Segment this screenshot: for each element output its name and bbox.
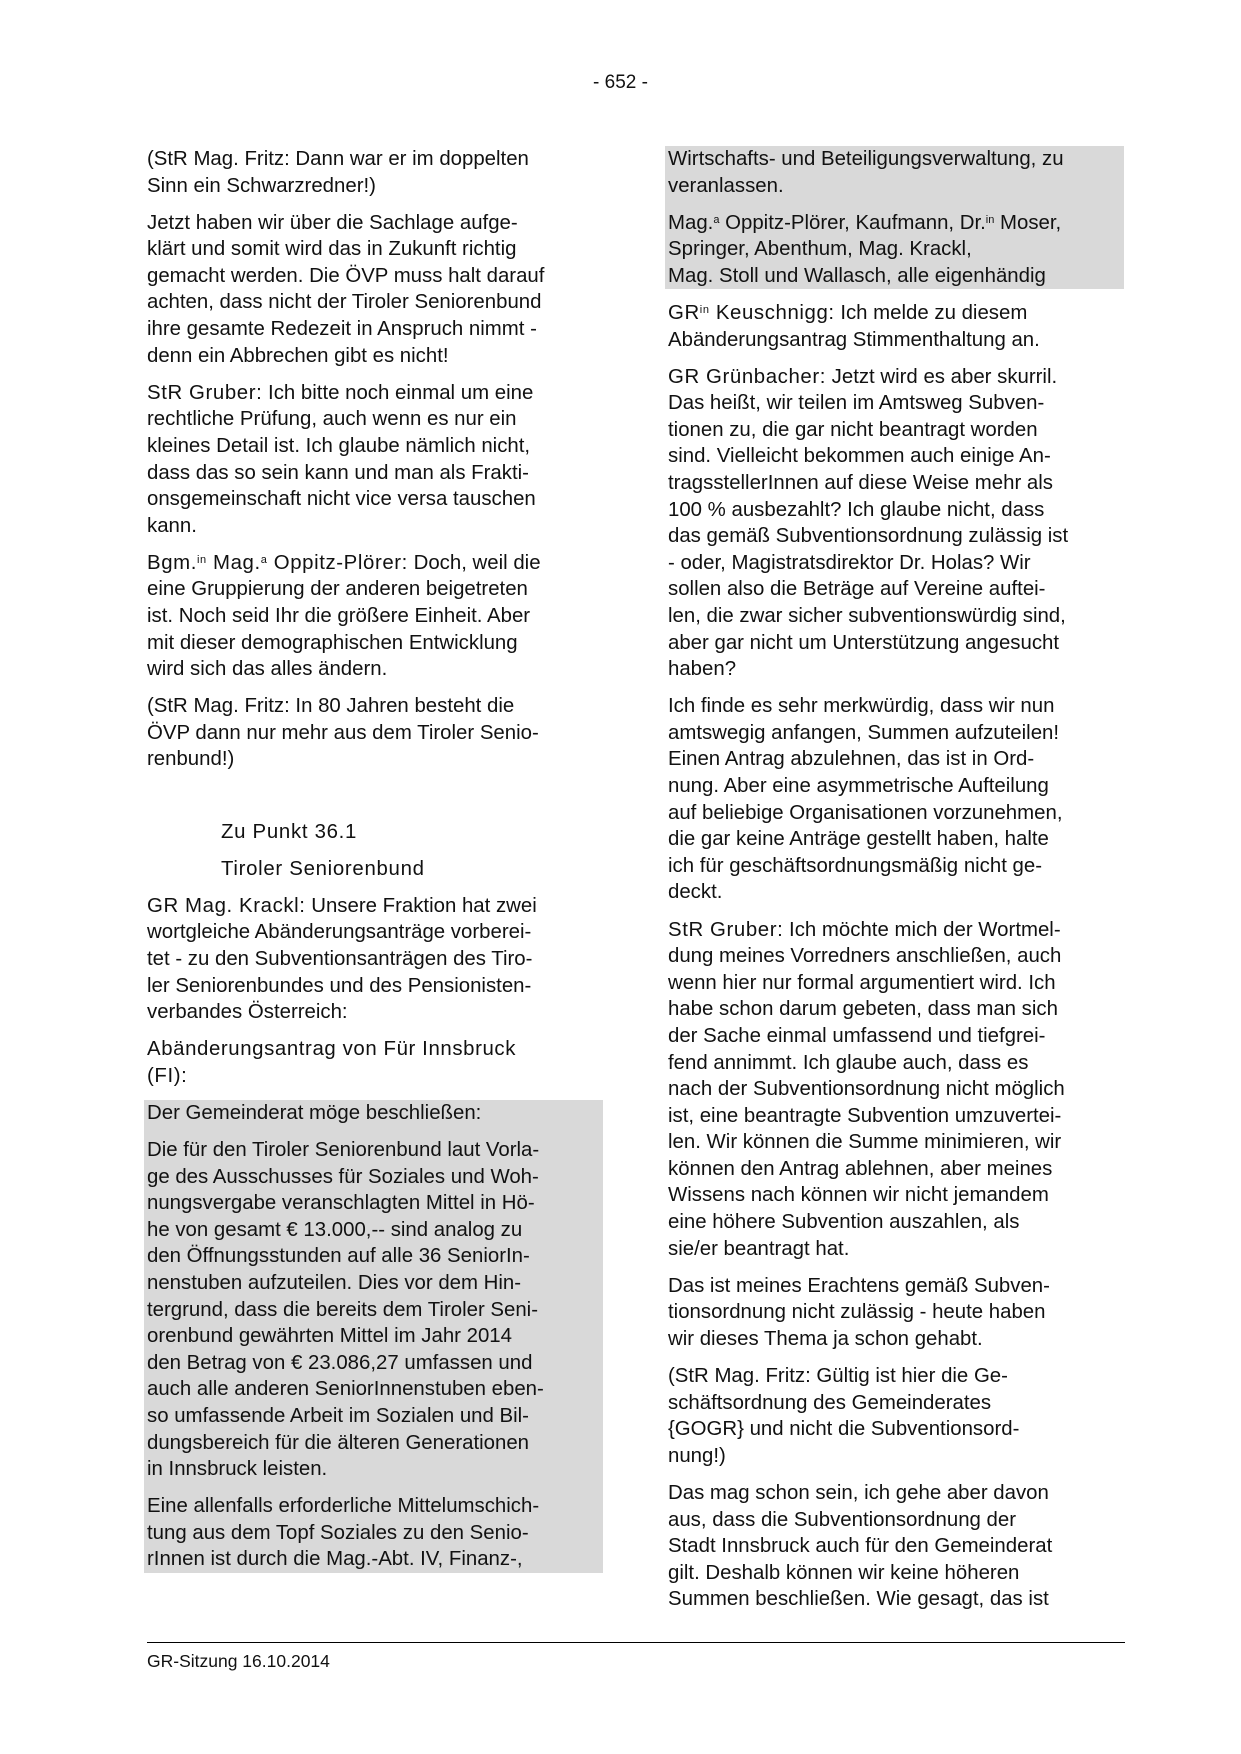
paragraph-oevp: Jetzt haben wir über die Sachlage aufge-… (147, 210, 597, 370)
statement-gruber-2: StR Gruber: Ich möchte mich der Wortmel-… (668, 917, 1118, 1263)
footer-session-date: GR-Sitzung 16.10.2014 (147, 1651, 330, 1672)
spacer (147, 784, 597, 819)
paragraph-merkwuerdig: Ich finde es sehr merkwürdig, dass wir n… (668, 693, 1118, 906)
footer-divider (147, 1642, 1125, 1643)
interjection-fritz-3: (StR Mag. Fritz: Gültig ist hier die Ge-… (668, 1363, 1118, 1469)
right-column: Wirtschafts- und Beteiligungsverwaltung,… (668, 146, 1118, 1623)
speaker-name: StR Gruber: (147, 382, 262, 404)
motion-body: Die für den Tiroler Seniorenbund laut Vo… (147, 1137, 597, 1493)
paragraph-erachtens: Das ist meines Erachtens gemäß Subven- t… (668, 1273, 1118, 1353)
motion-text-box: Der Gemeinderat möge beschließen: Die fü… (144, 1100, 603, 1573)
statement-gruber-1: StR Gruber: Ich bitte noch einmal um ein… (147, 380, 597, 540)
motion-title: Abänderungsantrag von Für Innsbruck (FI)… (147, 1036, 597, 1089)
speaker-name: GR Mag. Krackl: (147, 895, 306, 917)
paragraph-stadt-innsbruck: Das mag schon sein, ich gehe aber davon … (668, 1480, 1118, 1613)
speaker-name: StR Gruber: (668, 919, 783, 941)
motion-continuation: Wirtschafts- und Beteiligungsverwaltung,… (668, 146, 1118, 210)
statement-krackl: GR Mag. Krackl: Unsere Fraktion hat zwei… (147, 893, 597, 1026)
motion-signatories: Mag.a Oppitz-Plörer, Kaufmann, Dr.in Mos… (668, 210, 1118, 290)
motion-intro: Der Gemeinderat möge beschließen: (147, 1100, 597, 1137)
page-number: - 652 - (0, 72, 1241, 94)
speaker-name: Bgm.in Mag.a Oppitz-Plörer: (147, 552, 408, 574)
speaker-name: GRin Keuschnigg: (668, 302, 835, 324)
agenda-item-subheading: Tiroler Seniorenbund (147, 856, 597, 883)
statement-keuschnigg: GRin Keuschnigg: Ich melde zu diesem Abä… (668, 300, 1118, 353)
left-column: (StR Mag. Fritz: Dann war er im doppelte… (147, 146, 597, 1584)
agenda-item-heading: Zu Punkt 36.1 (147, 819, 597, 846)
speaker-name: GR Grünbacher: (668, 366, 826, 388)
statement-gruenbacher: GR Grünbacher: Jetzt wird es aber skurri… (668, 364, 1118, 683)
interjection-fritz-1: (StR Mag. Fritz: Dann war er im doppelte… (147, 146, 597, 199)
motion-tail: Eine allenfalls erforderliche Mittelumsc… (147, 1493, 597, 1573)
statement-oppitz-ploerer: Bgm.in Mag.a Oppitz-Plörer: Doch, weil d… (147, 550, 597, 683)
interjection-fritz-2: (StR Mag. Fritz: In 80 Jahren besteht di… (147, 693, 597, 773)
motion-continuation-box: Wirtschafts- und Beteiligungsverwaltung,… (665, 146, 1124, 289)
